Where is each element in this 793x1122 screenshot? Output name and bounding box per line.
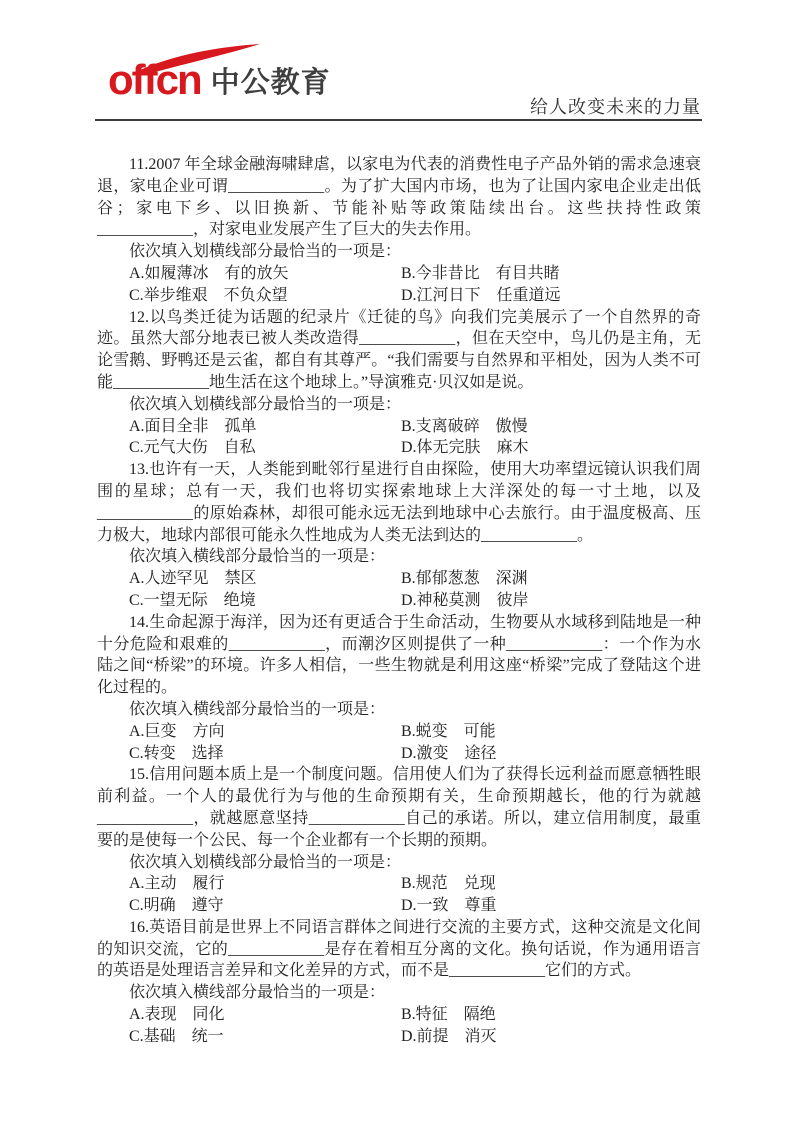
option-d: D.前提 消灭 bbox=[401, 1026, 701, 1048]
option-c: C.举步维艰 不负众望 bbox=[129, 285, 401, 307]
options-list: A.巨变 方向 B.蜕变 可能 C.转变 选择 D.激变 途径 bbox=[97, 721, 701, 765]
option-a: A.巨变 方向 bbox=[129, 721, 401, 743]
options-list: A.如履薄冰 有的放矢 B.今非昔比 有目共睹 C.举步维艰 不负众望 D.江河… bbox=[97, 263, 701, 307]
offcn-logo: offcn 中公教育 bbox=[108, 60, 331, 100]
option-b: B.支离破碎 傲慢 bbox=[401, 416, 701, 438]
header-divider bbox=[95, 119, 702, 121]
question-text: 16.英语目前是世界上不同语言群体之间进行交流的主要方式，这种交流是文化间的知识… bbox=[97, 917, 701, 982]
question-12: 12.以鸟类迁徒为话题的纪录片《迁徒的鸟》向我们完美展示了一个自然界的奇迹。虽然… bbox=[97, 307, 701, 460]
exam-content: 11.2007 年全球金融海啸肆虐，以家电为代表的消费性电子产品外销的需求急速衰… bbox=[97, 154, 701, 1048]
option-b: B.蜕变 可能 bbox=[401, 721, 701, 743]
option-b: B.郁郁葱葱 深渊 bbox=[401, 568, 701, 590]
question-14: 14.生命起源于海洋，因为还有更适合于生命活动，生物要从水域移到陆地是一种十分危… bbox=[97, 612, 701, 765]
option-d: D.神秘莫测 彼岸 bbox=[401, 590, 701, 612]
option-b: B.规范 兑现 bbox=[401, 873, 701, 895]
option-c: C.一望无际 绝境 bbox=[129, 590, 401, 612]
option-c: C.明确 遵守 bbox=[129, 895, 401, 917]
question-text: 15.信用问题本质上是一个制度问题。信用使人们为了获得长远利益而愿意牺牲眼前利益… bbox=[97, 764, 701, 851]
option-d: D.激变 途径 bbox=[401, 743, 701, 765]
option-a: A.面目全非 孤单 bbox=[129, 416, 401, 438]
option-a: A.表现 同化 bbox=[129, 1004, 401, 1026]
option-d: D.江河日下 任重道远 bbox=[401, 285, 701, 307]
option-a: A.人迹罕见 禁区 bbox=[129, 568, 401, 590]
options-list: A.面目全非 孤单 B.支离破碎 傲慢 C.元气大伤 自私 D.体无完肤 麻木 bbox=[97, 416, 701, 460]
question-prompt: 依次填入横线部分最恰当的一项是： bbox=[97, 546, 701, 568]
option-d: D.体无完肤 麻木 bbox=[401, 437, 701, 459]
question-text: 14.生命起源于海洋，因为还有更适合于生命活动，生物要从水域移到陆地是一种十分危… bbox=[97, 612, 701, 699]
question-15: 15.信用问题本质上是一个制度问题。信用使人们为了获得长远利益而愿意牺牲眼前利益… bbox=[97, 764, 701, 917]
slogan-text: 给人改变未来的力量 bbox=[530, 93, 701, 119]
question-prompt: 依次填入划横线部分最恰当的一项是： bbox=[97, 394, 701, 416]
question-text: 11.2007 年全球金融海啸肆虐，以家电为代表的消费性电子产品外销的需求急速衰… bbox=[97, 154, 701, 241]
question-16: 16.英语目前是世界上不同语言群体之间进行交流的主要方式，这种交流是文化间的知识… bbox=[97, 917, 701, 1048]
question-text: 12.以鸟类迁徒为话题的纪录片《迁徒的鸟》向我们完美展示了一个自然界的奇迹。虽然… bbox=[97, 307, 701, 394]
options-list: A.主动 履行 B.规范 兑现 C.明确 遵守 D.一致 尊重 bbox=[97, 873, 701, 917]
question-prompt: 依次填入横线部分最恰当的一项是： bbox=[97, 699, 701, 721]
question-prompt: 依次填入划横线部分最恰当的一项是： bbox=[97, 241, 701, 263]
option-c: C.基础 统一 bbox=[129, 1026, 401, 1048]
option-c: C.转变 选择 bbox=[129, 743, 401, 765]
option-b: B.今非昔比 有目共睹 bbox=[401, 263, 701, 285]
option-d: D.一致 尊重 bbox=[401, 895, 701, 917]
question-11: 11.2007 年全球金融海啸肆虐，以家电为代表的消费性电子产品外销的需求急速衰… bbox=[97, 154, 701, 307]
document-page: offcn 中公教育 给人改变未来的力量 11.2007 年全球金融海啸肆虐，以… bbox=[0, 0, 793, 1122]
option-c: C.元气大伤 自私 bbox=[129, 437, 401, 459]
offcn-logo-cn-text: 中公教育 bbox=[211, 66, 331, 100]
offcn-logo-text: offcn bbox=[108, 60, 201, 100]
option-a: A.如履薄冰 有的放矢 bbox=[129, 263, 401, 285]
question-prompt: 依次填入横线部分最恰当的一项是： bbox=[97, 982, 701, 1004]
option-a: A.主动 履行 bbox=[129, 873, 401, 895]
question-prompt: 依次填入划横线部分最恰当的一项是： bbox=[97, 852, 701, 874]
question-13: 13.也许有一天，人类能到毗邻行星进行自由探险，使用大功率望远镜认识我们周围的星… bbox=[97, 459, 701, 612]
question-text: 13.也许有一天，人类能到毗邻行星进行自由探险，使用大功率望远镜认识我们周围的星… bbox=[97, 459, 701, 546]
options-list: A.人迹罕见 禁区 B.郁郁葱葱 深渊 C.一望无际 绝境 D.神秘莫测 彼岸 bbox=[97, 568, 701, 612]
option-b: B.特征 隔绝 bbox=[401, 1004, 701, 1026]
options-list: A.表现 同化 B.特征 隔绝 C.基础 统一 D.前提 消灭 bbox=[97, 1004, 701, 1048]
